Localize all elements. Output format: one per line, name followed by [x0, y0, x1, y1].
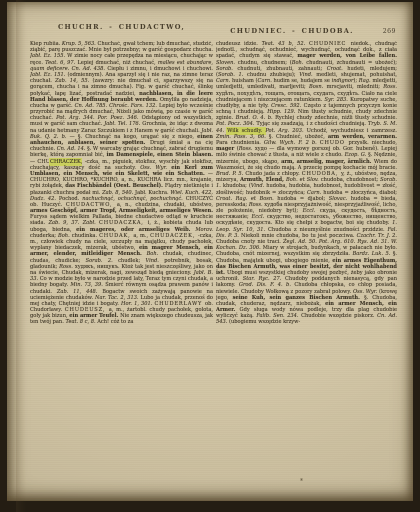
text-segment: Vind.: [146, 258, 165, 264]
text-segment: Teat. 6, 97.: [45, 60, 77, 66]
text-segment: nachuchnąć, ochuchnąć, pochuchnąć.: [82, 196, 186, 202]
text-column-right: chudeusz idzie. Teat. 43 b, 52. CHUDNIEĆ…: [216, 41, 397, 477]
text-segment: Hor. 1, 301.: [121, 301, 154, 307]
text-segment: Zab. 9, 37. Zabł.: [48, 220, 99, 226]
text-segment: Pot. Arg. 203.: [265, 128, 306, 134]
text-segment: Nar. Tac. 2, 313.: [95, 295, 140, 301]
text-segment: Teat. 8 c, 8.: [65, 319, 97, 325]
text-segment: arm werden, verarmen.: [328, 134, 397, 140]
text-segment: Chudobie wszędzie piskorz.: [301, 313, 377, 319]
text-segment: ein mageres, oder armseliges Weib.: [76, 227, 195, 233]
running-head-right: CHUDNIEC. - CHUDOBA.: [218, 27, 366, 35]
text-segment: Tyjąc się zsadzają, i z chudości chudnie…: [256, 121, 368, 127]
text-segment: Morav.: [195, 227, 213, 233]
text-segment: hudoba = złoczyńca, diaboł;: [323, 190, 397, 196]
text-segment: Sorab. 2.: [86, 258, 118, 264]
text-segment: CHUDACZKA,: [99, 220, 148, 226]
text-segment: im Damenspiele, einen Stein blasen.: [106, 152, 213, 158]
text-segment: Ezop. G.: [345, 152, 369, 158]
text-segment: arm, armselig, mager, ärmlich.: [281, 159, 374, 165]
text-segment: Ross.: [59, 264, 75, 270]
text-segment: seine Kuh, sein ganzes Bischen Armuth.: [233, 295, 364, 301]
text-segment: khudoba; (: [223, 183, 251, 189]
text-segment: Boh.: [58, 233, 72, 239]
text-segment: a, m.,: [133, 233, 150, 239]
text-segment: Jabł. Kuchra.: [135, 190, 170, 196]
text-segment: Min. 73, 39.: [70, 282, 105, 288]
text-segment: Oss. Wyr.: [140, 165, 171, 171]
text-segment: Sloven.: [216, 60, 238, 66]
text-segment: Vind.: [251, 183, 266, 189]
text-segment: Cn. Ad. 785. Chrośc. Fars. 132.: [75, 103, 159, 109]
page-number: 269: [352, 28, 396, 35]
text-segment: chudnauti, zchudnauti = ubożeć);: [306, 60, 397, 66]
text-segment: (ubogiemu wszędzie krzyw-: [229, 319, 300, 325]
search-highlight: Wilk schudły.: [227, 128, 265, 134]
text-segment: Jabł. Ez. 155.: [30, 53, 67, 59]
printer-signature-mark: *: [300, 478, 303, 485]
text-segment: hudoba = djaboł;: [277, 196, 328, 202]
text-segment: Ach! cóż to za: [97, 319, 133, 325]
text-segment: Lepiej dmuchać, niż chuchać,: [77, 60, 157, 66]
running-head-left: CHUCHR. - CHUDACTWO,: [30, 23, 213, 31]
text-segment: Syr. 283.: [325, 97, 351, 103]
text-segment: chudlek;: [118, 258, 145, 264]
text-segment: Zab. 11, 448.: [57, 289, 102, 295]
text-segment: CHUDAK,: [99, 233, 133, 239]
scanned-book-page: CHUCHR. - CHUDACTWO, CHUDNIEC. - CHUDOBA…: [0, 0, 420, 512]
text-segment: chudnu, chudnem; (: [238, 60, 292, 66]
text-segment: Pochod.: [59, 196, 82, 202]
text-segment: Bosn.: [309, 84, 327, 90]
text-segment: chudinka.: [72, 233, 99, 239]
text-segment: Bardz. Luk. 5.: [353, 251, 393, 257]
text-segment: Slovac.: [329, 196, 351, 202]
text-segment: Niekoli mnie chudoba, bo tu jest poczciw…: [241, 233, 357, 239]
text-segment: CHUDACZEK,: [150, 233, 198, 239]
text-segment: — CHU: [30, 159, 50, 165]
text-column-left: Kiep rubiia. Krup. 5, 563. Chuchać, gwał…: [30, 41, 213, 465]
text-segment: Sorab.: [216, 66, 237, 72]
search-highlight: CHRACZEK: [50, 159, 81, 165]
text-segment: Zab. 8, 540.: [102, 190, 135, 196]
text-segment: Grod. Dis. F. 4. b.: [239, 282, 294, 288]
text-segment: — §. Chuchnąć na kogo, urągać się z nieg…: [70, 134, 198, 140]
text-segment: mager werden, von Leibe fallen.: [297, 53, 397, 59]
text-segment: Ross.: [249, 202, 264, 208]
text-segment: Czachr. Tr. J. 2.: [357, 233, 397, 239]
text-segment: Zmin. Pass. 3, 66.: [216, 134, 269, 140]
text-segment: das Fischbändel (Oest. Beuschel).: [65, 183, 165, 189]
text-segment: a, n., chudzina, chudaki, ubóstwo,: [117, 202, 213, 208]
text-segment: Uchodź, wychudniesz i zamrzesz.: [307, 128, 397, 134]
text-segment: Ciepłu i zimnu, i dmuchowi i chuchowi.: [107, 66, 213, 72]
text-segment: Oss. Wyr.: [353, 289, 379, 295]
text-segment: chuderka;: [30, 233, 58, 239]
text-segment: CHUDERLAWY: [154, 301, 205, 307]
text-segment: Jabł. Tel. 176.: [104, 121, 142, 127]
text-segment: mrscjaviti, mledniti;: [327, 84, 384, 90]
text-segment: Croat.: [327, 66, 348, 72]
text-segment: Croat. Rag. et Bosn.: [216, 196, 277, 202]
text-segment: Pot. Pocz. 304.: [216, 121, 256, 127]
text-segment: Carn.: [307, 190, 323, 196]
text-segment: Ross.: [383, 84, 397, 90]
text-segment: chudnuti, zhubnauti, zahnauti;: [237, 66, 326, 72]
text-segment: CHUDACTWO,: [66, 202, 117, 208]
text-segment: Boh.: [292, 60, 307, 66]
text-segment: §. Chudnieć, ubożeć,: [269, 134, 328, 140]
text-segment: Boh.: [147, 251, 163, 257]
text-segment: Chudoba z nieumyślnie znudności przidzie…: [268, 227, 388, 233]
text-segment: Cresc. 592.: [271, 103, 304, 109]
